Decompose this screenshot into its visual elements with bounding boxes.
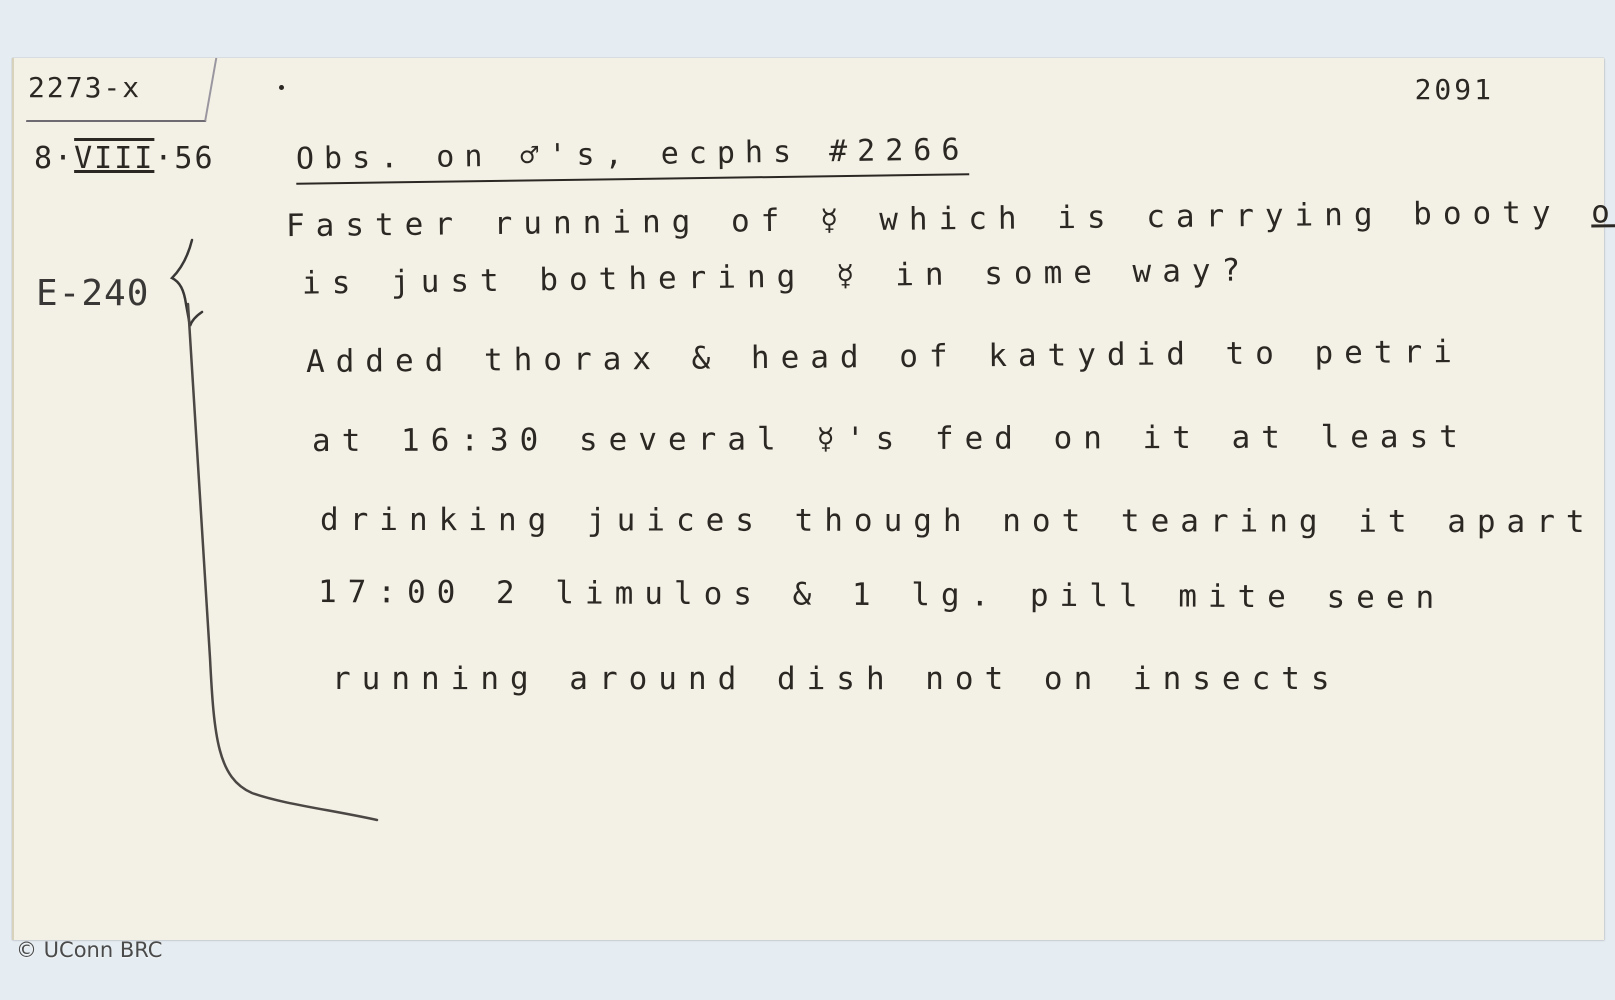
experiment-code: E-240: [36, 276, 149, 312]
note-line-1: Faster running of ☿ which is carrying bo…: [286, 197, 1615, 242]
note-line-6: 17:00 2 limulos & 1 lg. pill mite seen: [318, 577, 1445, 614]
card-number: 2091: [1415, 76, 1494, 104]
note-line-4: at 16:30 several ☿'s fed on it at least: [312, 422, 1469, 457]
note-line-1-text: Faster running of ☿ which is carrying bo…: [286, 194, 1592, 244]
note-line-3: Added thorax & head of katydid to petri: [306, 337, 1463, 378]
index-card: 2273-x 2091 8·VIII·56 E-240 Obs. on ♂'s,…: [12, 58, 1604, 940]
note-line-2: is just bothering ☿ in some way?: [302, 255, 1252, 299]
observation-date: 8·VIII·56: [34, 144, 215, 174]
date-year: ·56: [154, 141, 214, 176]
ink-dot: [279, 85, 284, 90]
date-day: 8·: [34, 141, 74, 176]
note-line-5: drinking juices though not tearing it ap…: [320, 505, 1596, 538]
card-title: Obs. on ♂'s, ecphs #2266: [296, 135, 970, 184]
note-line-7: running around dish not on insects: [332, 664, 1341, 695]
date-month: VIII: [74, 141, 154, 176]
note-line-1-emphasis: or: [1591, 194, 1615, 231]
copyright-notice: © UConn BRC: [16, 938, 162, 962]
corner-id: 2273-x: [28, 74, 141, 102]
